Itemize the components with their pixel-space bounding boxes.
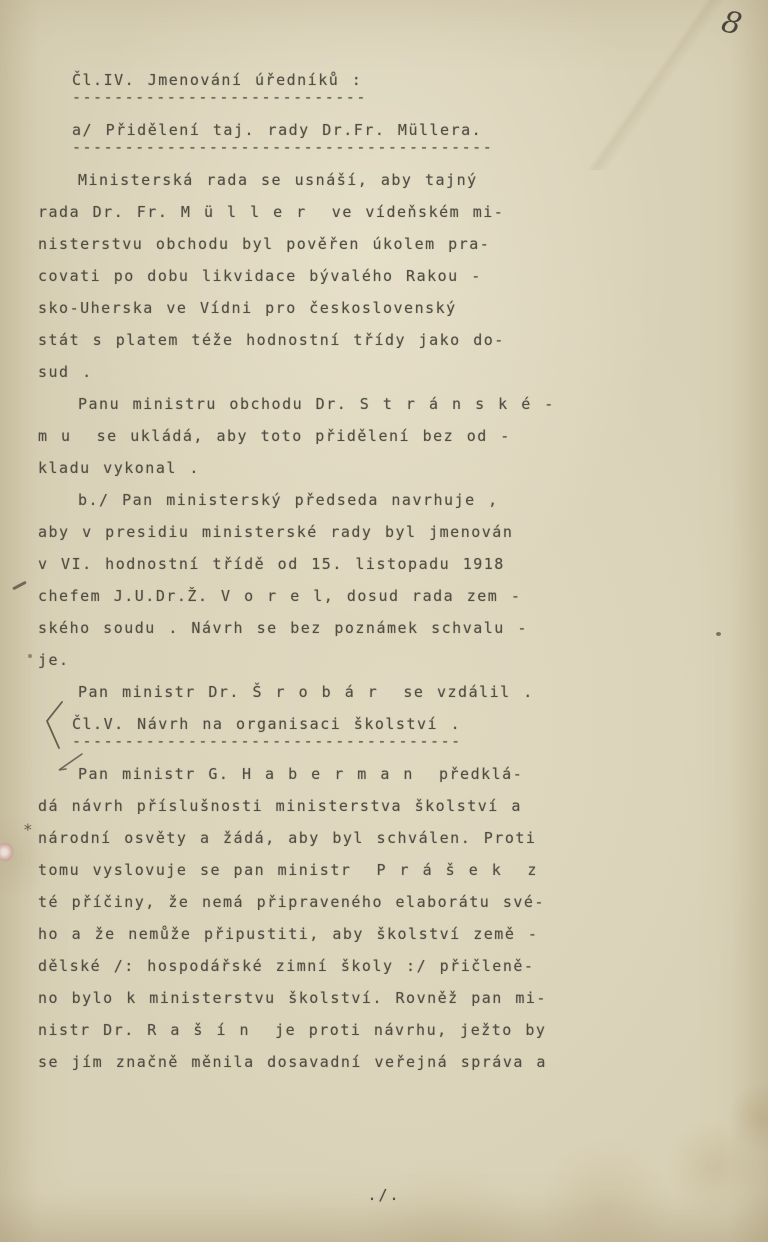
- text-line: národní osvěty a žádá, aby byl schválen.…: [38, 828, 768, 860]
- text-line: Ministerská rada se usnáší, aby tajný: [38, 170, 768, 202]
- text-line: sud .: [38, 362, 768, 394]
- text-line: rada Dr. Fr. M ü l l e r ve vídeňském mi…: [38, 202, 768, 234]
- margin-angle-bracket-mark: [42, 700, 68, 750]
- footer-page-mark: ./.: [0, 1186, 768, 1204]
- text-line: té příčiny, že nemá připraveného elaborá…: [38, 892, 768, 924]
- text-line: covati po dobu likvidace bývalého Rakou …: [38, 266, 768, 298]
- typewritten-text-block: Čl.IV. Jmenování úředníků :-------------…: [0, 70, 768, 1084]
- text-line: tomu vyslovuje se pan ministr P r á š e …: [38, 860, 768, 892]
- text-line: Panu ministru obchodu Dr. S t r á n s k …: [38, 394, 768, 426]
- text-line: m u se ukládá, aby toto přidělení bez od…: [38, 426, 768, 458]
- scanned-document-page: 8 Čl.IV. Jmenování úředníků :-----------…: [0, 0, 768, 1242]
- text-line: nisterstvu obchodu byl pověřen úkolem pr…: [38, 234, 768, 266]
- left-margin-dot: [28, 654, 32, 658]
- text-line: v VI. hodnostní třídě od 15. listopadu 1…: [38, 554, 768, 586]
- text-line: dá návrh příslušnosti ministerstva škols…: [38, 796, 768, 828]
- text-line: ského soudu . Návrh se bez poznámek schv…: [38, 618, 768, 650]
- dash-underline: ----------------------------: [38, 88, 768, 120]
- text-line: Pan ministr Dr. Š r o b á r se vzdálil .: [38, 682, 768, 714]
- text-line: b./ Pan ministerský předseda navrhuje ,: [38, 490, 768, 522]
- margin-asterisk-mark: *: [23, 820, 33, 839]
- text-line: je.: [38, 650, 768, 682]
- right-margin-dot: [716, 632, 721, 636]
- text-line: dělské /: hospodářské zimní školy :/ při…: [38, 956, 768, 988]
- text-line: stát s platem téže hodnostní třídy jako …: [38, 330, 768, 362]
- text-line: no bylo k ministerstvu školství. Rovněž …: [38, 988, 768, 1020]
- text-line: nistr Dr. R a š í n je proti návrhu, jež…: [38, 1020, 768, 1052]
- text-line: chefem J.U.Dr.Ž. V o r e l, dosud rada z…: [38, 586, 768, 618]
- text-line: ho a že nemůže připustiti, aby školství …: [38, 924, 768, 956]
- text-line: kladu vykonal .: [38, 458, 768, 490]
- dash-underline: -------------------------------------: [38, 732, 768, 764]
- text-line: se jím značně měnila dosavadní veřejná s…: [38, 1052, 768, 1084]
- text-line: aby v presidiu ministerské rady byl jmen…: [38, 522, 768, 554]
- margin-caret-mark: [56, 752, 84, 772]
- dash-underline: ----------------------------------------: [38, 138, 768, 170]
- text-line: Pan ministr G. H a b e r m a n předklá-: [38, 764, 768, 796]
- text-line: sko-Uherska ve Vídni pro československý: [38, 298, 768, 330]
